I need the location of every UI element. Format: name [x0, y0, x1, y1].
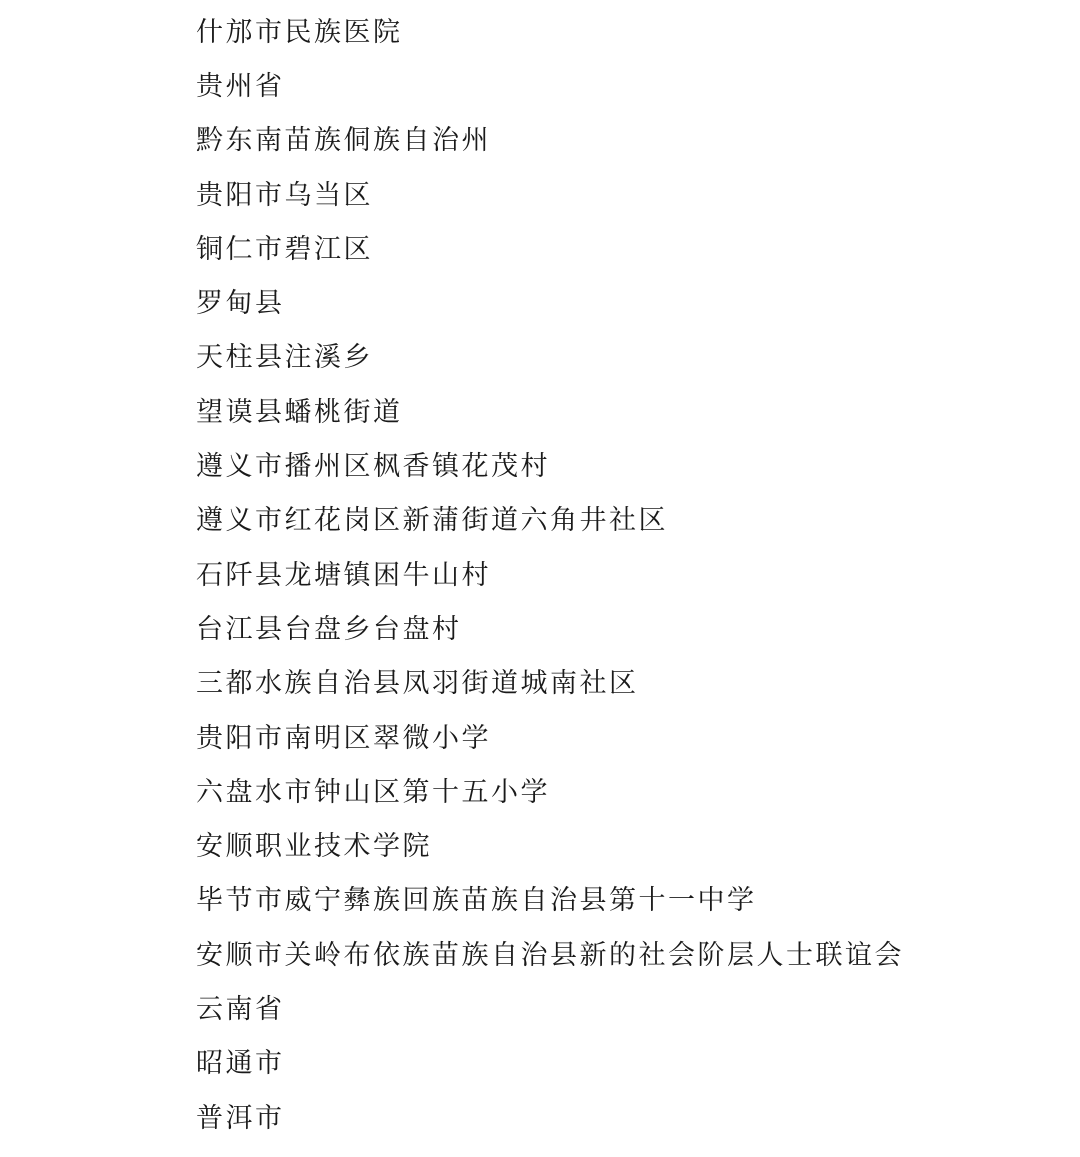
list-item: 铜仁市碧江区	[196, 219, 1080, 273]
list-item: 昭通市	[196, 1034, 1080, 1088]
list-item: 黔东南苗族侗族自治州	[196, 111, 1080, 165]
list-item: 三都水族自治县凤羽街道城南社区	[196, 654, 1080, 708]
list-item: 六盘水市钟山区第十五小学	[196, 762, 1080, 816]
list-item: 贵阳市乌当区	[196, 165, 1080, 219]
list-item: 什邡市民族医院	[196, 2, 1080, 56]
list-item: 天柱县注溪乡	[196, 328, 1080, 382]
list-item: 安顺职业技术学院	[196, 816, 1080, 870]
document-page: 什邡市民族医院贵州省黔东南苗族侗族自治州贵阳市乌当区铜仁市碧江区罗甸县天柱县注溪…	[0, 0, 1080, 1157]
list-item: 台江县台盘乡台盘村	[196, 599, 1080, 653]
list-item: 遵义市播州区枫香镇花茂村	[196, 436, 1080, 490]
list-item: 遵义市红花岗区新蒲街道六角井社区	[196, 491, 1080, 545]
list-item: 云南省	[196, 979, 1080, 1033]
list-item: 贵阳市南明区翠微小学	[196, 708, 1080, 762]
list-item: 罗甸县	[196, 273, 1080, 327]
unit-list: 什邡市民族医院贵州省黔东南苗族侗族自治州贵阳市乌当区铜仁市碧江区罗甸县天柱县注溪…	[196, 2, 1080, 1142]
list-item: 安顺市关岭布依族苗族自治县新的社会阶层人士联谊会	[196, 925, 1080, 979]
list-item: 普洱市	[196, 1088, 1080, 1142]
list-item: 石阡县龙塘镇困牛山村	[196, 545, 1080, 599]
list-item: 贵州省	[196, 56, 1080, 110]
list-item: 毕节市威宁彝族回族苗族自治县第十一中学	[196, 871, 1080, 925]
list-item: 望谟县蟠桃街道	[196, 382, 1080, 436]
